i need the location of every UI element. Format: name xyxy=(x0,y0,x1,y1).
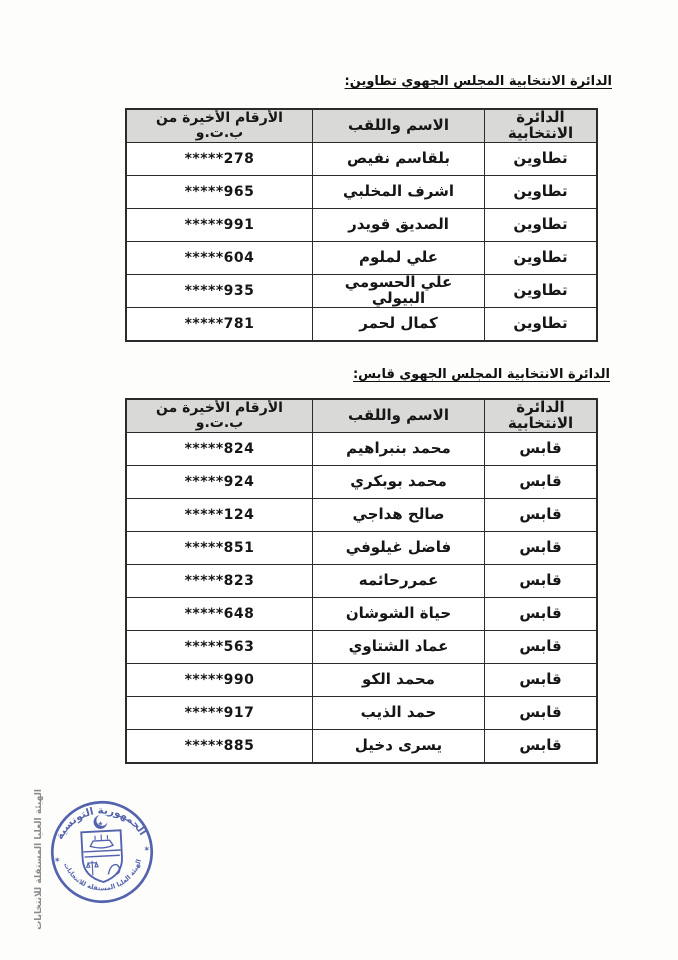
district-column-header: الدائرة الانتخابية xyxy=(484,400,596,432)
number-cell: *****917 xyxy=(127,697,312,729)
name-cell: حمد الذيب xyxy=(312,697,484,729)
district-cell: قابس xyxy=(484,598,596,630)
stamp-star-right-icon: ✶ xyxy=(143,844,151,854)
masked-id-number: *****851 xyxy=(185,541,255,556)
coat-of-arms-icon xyxy=(81,830,123,883)
number-cell: *****885 xyxy=(127,730,312,762)
number-cell: *****924 xyxy=(127,466,312,498)
name-cell: عماد الشتاوي xyxy=(312,631,484,663)
masked-id-number: *****823 xyxy=(185,574,255,589)
name-cell: بلقاسم نفيص xyxy=(312,143,484,175)
number-cell: *****604 xyxy=(127,242,312,274)
candidates-table-tataouine: الدائرة الانتخابيةالاسم واللقبالأرقام ال… xyxy=(125,108,598,342)
scanned-document-page: الدائرة الانتخابية المجلس الجهوي تطاوين:… xyxy=(0,0,678,960)
masked-id-number: *****604 xyxy=(185,251,255,266)
masked-id-number: *****917 xyxy=(185,706,255,721)
table-header-row: الدائرة الانتخابيةالاسم واللقبالأرقام ال… xyxy=(127,110,596,142)
table-row: تطاوينبلقاسم نفيص*****278 xyxy=(127,142,596,175)
svg-text:★: ★ xyxy=(97,820,103,827)
name-cell: كمال لحمر xyxy=(312,308,484,340)
district-cell: تطاوين xyxy=(484,143,596,175)
masked-id-number: *****563 xyxy=(185,640,255,655)
number-cell: *****824 xyxy=(127,433,312,465)
name-cell: فاضل غيلوفي xyxy=(312,532,484,564)
district-cell: قابس xyxy=(484,565,596,597)
number-cell: *****990 xyxy=(127,664,312,696)
table-row: تطاويناشرف المخلبي*****965 xyxy=(127,175,596,208)
stamp-bottom-text: الهيئة العليا المستقلة للانتخابات xyxy=(62,858,145,895)
name-cell: الصديق قويدر xyxy=(312,209,484,241)
number-cell: *****563 xyxy=(127,631,312,663)
masked-id-number: *****885 xyxy=(185,739,255,754)
name-cell: يسرى دخيل xyxy=(312,730,484,762)
number-cell: *****991 xyxy=(127,209,312,241)
district-cell: قابس xyxy=(484,433,596,465)
number-cell: *****278 xyxy=(127,143,312,175)
number-column-header: الأرقام الأخيرة من ب.ت.و xyxy=(127,110,312,142)
table-row: قابسحياة الشوشان*****648 xyxy=(127,597,596,630)
table-row: قابسعماد الشتاوي*****563 xyxy=(127,630,596,663)
official-stamp-isie: الجمهورية التونسية الهيئة العليا المستقل… xyxy=(41,791,163,913)
number-cell: *****124 xyxy=(127,499,312,531)
name-cell: محمد بوبكري xyxy=(312,466,484,498)
section-heading-gabes: الدائرة الانتخابية المجلس الجهوي قابس: xyxy=(353,367,610,382)
district-cell: قابس xyxy=(484,664,596,696)
masked-id-number: *****991 xyxy=(185,218,255,233)
district-cell: قابس xyxy=(484,631,596,663)
district-cell: تطاوين xyxy=(484,176,596,208)
name-cell: محمد بنبراهيم xyxy=(312,433,484,465)
masked-id-number: *****824 xyxy=(185,442,255,457)
number-cell: *****935 xyxy=(127,275,312,307)
masked-id-number: *****648 xyxy=(185,607,255,622)
district-cell: تطاوين xyxy=(484,242,596,274)
district-cell: قابس xyxy=(484,730,596,762)
table-row: تطاوينعلي لملوم*****604 xyxy=(127,241,596,274)
district-column-header: الدائرة الانتخابية xyxy=(484,110,596,142)
district-cell: قابس xyxy=(484,532,596,564)
masked-id-number: *****124 xyxy=(185,508,255,523)
number-cell: *****965 xyxy=(127,176,312,208)
table-row: تطاوينكمال لحمر*****781 xyxy=(127,307,596,340)
district-cell: قابس xyxy=(484,499,596,531)
name-cell: اشرف المخلبي xyxy=(312,176,484,208)
district-cell: تطاوين xyxy=(484,308,596,340)
table-row: قابسصالح هداجي*****124 xyxy=(127,498,596,531)
name-cell: حياة الشوشان xyxy=(312,598,484,630)
number-cell: *****823 xyxy=(127,565,312,597)
number-cell: *****851 xyxy=(127,532,312,564)
section-heading-tataouine: الدائرة الانتخابية المجلس الجهوي تطاوين: xyxy=(345,74,612,89)
masked-id-number: *****935 xyxy=(185,284,255,299)
table-row: قابسحمد الذيب*****917 xyxy=(127,696,596,729)
district-cell: قابس xyxy=(484,466,596,498)
name-cell: صالح هداجي xyxy=(312,499,484,531)
table-row: قابسمحمد بنبراهيم*****824 xyxy=(127,432,596,465)
table-row: قابسمحمد بوبكري*****924 xyxy=(127,465,596,498)
masked-id-number: *****278 xyxy=(185,152,255,167)
masked-id-number: *****781 xyxy=(185,317,255,332)
district-cell: تطاوين xyxy=(484,209,596,241)
table-row: قابسمحمد الكو*****990 xyxy=(127,663,596,696)
table-row: تطاوينالصديق قويدر*****991 xyxy=(127,208,596,241)
name-column-header: الاسم واللقب xyxy=(312,400,484,432)
masked-id-number: *****965 xyxy=(185,185,255,200)
masked-id-number: *****990 xyxy=(185,673,255,688)
name-cell: علي لملوم xyxy=(312,242,484,274)
table-row: قابسعمررحائمه*****823 xyxy=(127,564,596,597)
name-column-header: الاسم واللقب xyxy=(312,110,484,142)
table-row: تطاوينعلي الحسومي البيولي*****935 xyxy=(127,274,596,307)
number-column-header: الأرقام الأخيرة من ب.ت.و xyxy=(127,400,312,432)
number-cell: *****781 xyxy=(127,308,312,340)
name-cell: عمررحائمه xyxy=(312,565,484,597)
district-cell: قابس xyxy=(484,697,596,729)
masked-id-number: *****924 xyxy=(185,475,255,490)
district-cell: تطاوين xyxy=(484,275,596,307)
name-cell: محمد الكو xyxy=(312,664,484,696)
table-row: قابسفاضل غيلوفي*****851 xyxy=(127,531,596,564)
table-header-row: الدائرة الانتخابيةالاسم واللقبالأرقام ال… xyxy=(127,400,596,432)
number-cell: *****648 xyxy=(127,598,312,630)
candidates-table-gabes: الدائرة الانتخابيةالاسم واللقبالأرقام ال… xyxy=(125,398,598,764)
name-cell: علي الحسومي البيولي xyxy=(312,275,484,307)
stamp-star-left-icon: ✶ xyxy=(53,854,61,864)
table-row: قابسيسرى دخيل*****885 xyxy=(127,729,596,762)
